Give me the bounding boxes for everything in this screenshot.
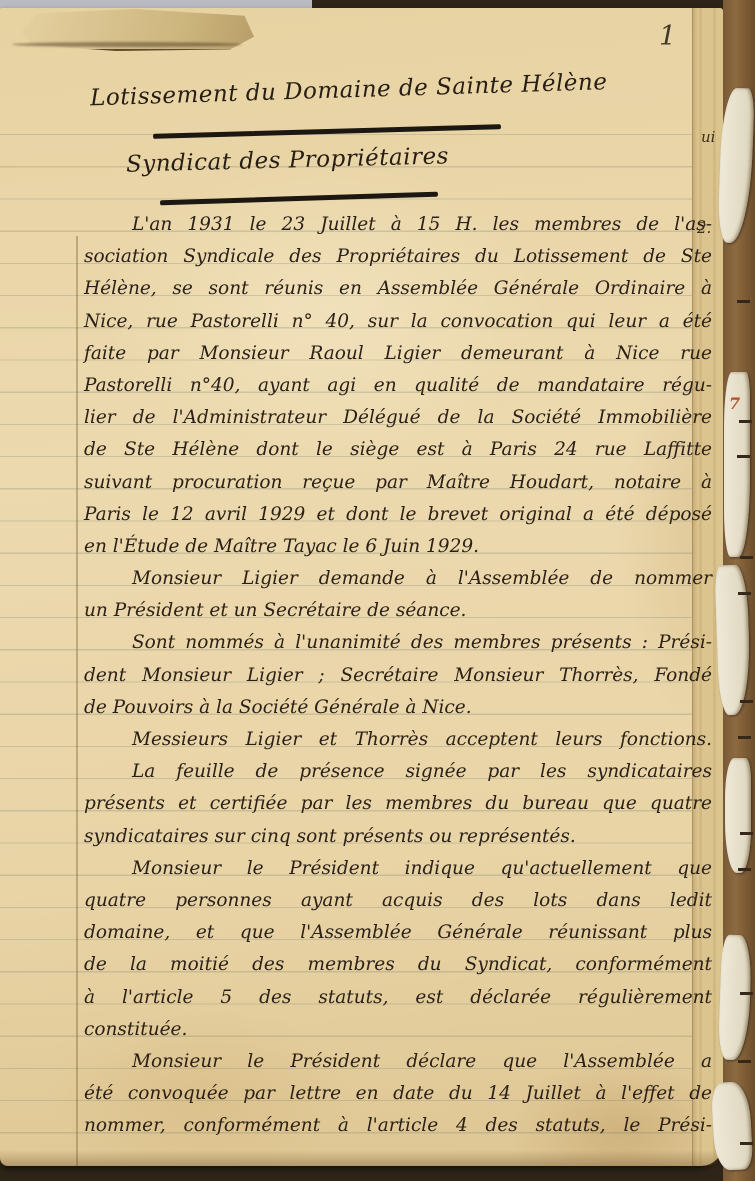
subtitle-underline bbox=[160, 192, 438, 205]
margin-rule-line bbox=[76, 236, 78, 1166]
handwritten-line: La feuille de présence signée par les sy… bbox=[84, 756, 712, 788]
handwritten-line: Monsieur le Président indique qu'actuell… bbox=[84, 853, 712, 885]
handwritten-line: sociation Syndicale des Propriétaires du… bbox=[84, 241, 712, 273]
stitch-mark bbox=[738, 1060, 751, 1063]
page-number: 1 bbox=[659, 21, 676, 52]
stitch-mark bbox=[738, 736, 751, 739]
handwritten-line: Messieurs Ligier et Thorrès acceptent le… bbox=[84, 724, 712, 756]
stitch-mark bbox=[737, 300, 750, 303]
document-title: Lotissement du Domaine de Sainte Hélène bbox=[90, 71, 561, 112]
handwritten-line: dent Monsieur Ligier ; Secrétaire Monsie… bbox=[84, 660, 712, 692]
handwritten-line: nommer, conformément à l'article 4 des s… bbox=[84, 1110, 712, 1142]
handwritten-line: Sont nommés à l'unanimité des membres pr… bbox=[84, 627, 712, 659]
handwritten-line: Nice, rue Pastorelli n° 40, sur la convo… bbox=[84, 306, 712, 338]
stitch-mark bbox=[739, 420, 752, 423]
handwritten-line: de Ste Hélène dont le siège est à Paris … bbox=[84, 434, 712, 466]
handwritten-line: syndicataires sur cinq sont présents ou … bbox=[84, 821, 712, 853]
stitch-mark bbox=[740, 556, 753, 559]
handwritten-body: L'an 1931 le 23 Juillet à 15 H. les memb… bbox=[84, 209, 712, 1142]
handwritten-line: domaine, et que l'Assemblée Générale réu… bbox=[84, 917, 712, 949]
stitch-mark bbox=[740, 832, 753, 835]
handwritten-line: un Président et un Secrétaire de séance. bbox=[84, 595, 712, 627]
handwritten-line: Pastorelli n°40, ayant agi en qualité de… bbox=[84, 370, 712, 402]
handwritten-line: constituée. bbox=[84, 1014, 712, 1046]
handwritten-line: de la moitié des membres du Syndicat, co… bbox=[84, 949, 712, 981]
torn-fragment bbox=[725, 758, 751, 873]
paper-sheet: 1 Lotissement du Domaine de Sainte Hélèn… bbox=[0, 8, 723, 1166]
handwritten-line: quatre personnes ayant acquis des lots d… bbox=[84, 885, 712, 917]
torn-corner-shadow bbox=[12, 42, 242, 47]
stitch-mark bbox=[738, 868, 751, 871]
document-subtitle: Syndicat des Propriétaires bbox=[126, 142, 487, 177]
handwritten-line: Hélène, se sont réunis en Assemblée Géné… bbox=[84, 273, 712, 305]
stitch-mark bbox=[740, 992, 753, 995]
stitch-mark bbox=[737, 455, 750, 458]
handwritten-line: suivant procuration reçue par Maître Hou… bbox=[84, 467, 712, 499]
handwritten-line: lier de l'Administrateur Délégué de la S… bbox=[84, 402, 712, 434]
margin-note: 2. bbox=[697, 219, 711, 237]
stitch-mark bbox=[740, 700, 753, 703]
margin-note: ui bbox=[701, 128, 715, 146]
handwritten-line: L'an 1931 le 23 Juillet à 15 H. les memb… bbox=[84, 209, 712, 241]
handwritten-line: été convoquée par lettre en date du 14 J… bbox=[84, 1078, 712, 1110]
handwritten-line: Monsieur le Président déclare que l'Asse… bbox=[84, 1046, 712, 1078]
handwritten-line: présents et certifiée par les membres du… bbox=[84, 788, 712, 820]
stitch-mark bbox=[740, 1142, 753, 1145]
title-underline bbox=[153, 124, 501, 138]
handwritten-line: de Pouvoirs à la Société Générale à Nice… bbox=[84, 692, 712, 724]
handwritten-line: en l'Étude de Maître Tayac le 6 Juin 192… bbox=[84, 531, 712, 563]
handwritten-line: Paris le 12 avril 1929 et dont le brevet… bbox=[84, 499, 712, 531]
handwritten-line: Monsieur Ligier demande à l'Assemblée de… bbox=[84, 563, 712, 595]
handwritten-line: faite par Monsieur Raoul Ligier demeuran… bbox=[84, 338, 712, 370]
scanned-document-page: 1 Lotissement du Domaine de Sainte Hélèn… bbox=[0, 0, 755, 1181]
margin-note-red-numeral: 7 bbox=[729, 394, 740, 413]
stitch-mark bbox=[738, 592, 751, 595]
handwritten-line: à l'article 5 des statuts, est déclarée … bbox=[84, 982, 712, 1014]
